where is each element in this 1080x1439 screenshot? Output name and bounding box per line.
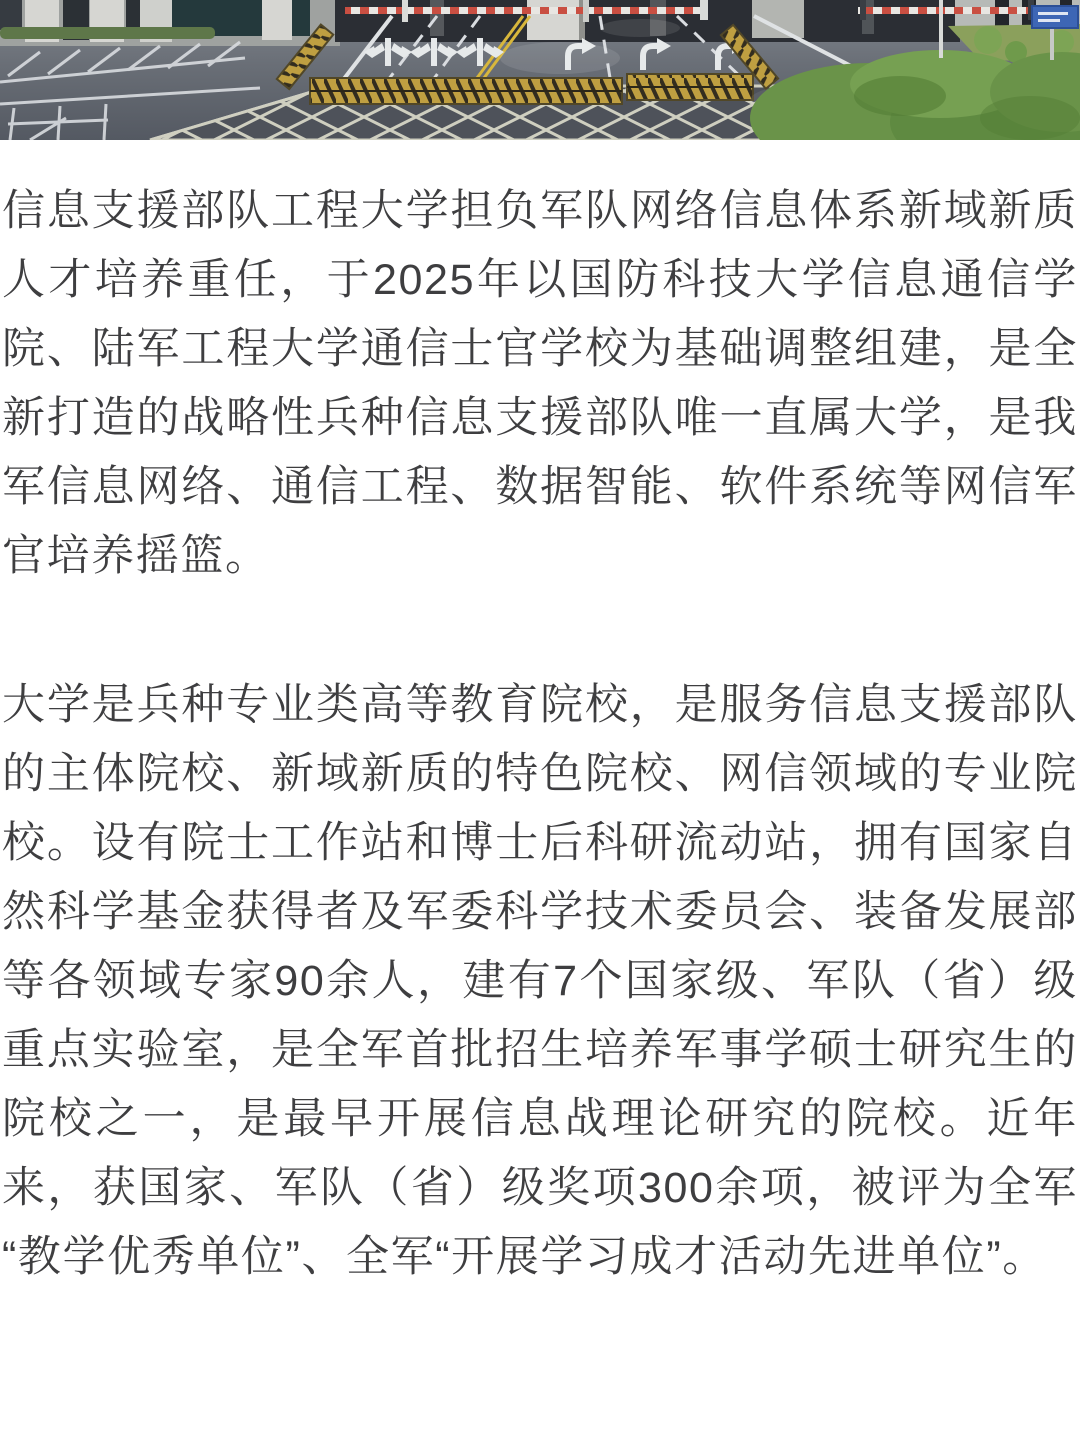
paragraph-university-achievements: 大学是兵种专业类高等教育院校，是服务信息支援部队的主体院校、新域新质的特色院校、… bbox=[2, 671, 1078, 1292]
paragraph-university-intro: 信息支援部队工程大学担负军队网络信息体系新域新质人才培养重任，于2025年以国防… bbox=[2, 177, 1078, 591]
article-body: 信息支援部队工程大学担负军队网络信息体系新域新质人才培养重任，于2025年以国防… bbox=[0, 140, 1080, 1370]
building-facade bbox=[0, 0, 1080, 46]
article-page: 信息支援部队工程大学担负军队网络信息体系新域新质人才培养重任，于2025年以国防… bbox=[0, 0, 1080, 1439]
gate-photo-illustration bbox=[0, 0, 1080, 140]
trident-arrow-markings bbox=[364, 38, 504, 66]
hero-photo bbox=[0, 0, 1080, 140]
